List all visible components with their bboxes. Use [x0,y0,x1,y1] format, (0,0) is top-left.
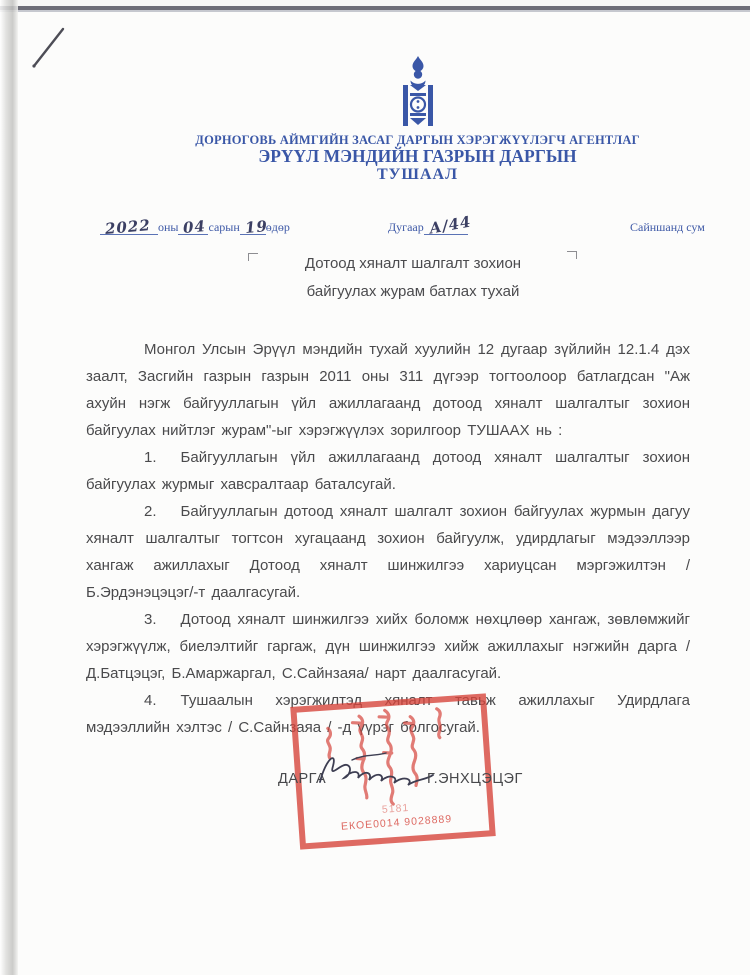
order-item-1: 1.Байгууллагын үйл ажиллагаанд дотоод хя… [86,444,690,498]
item-text: Байгууллагын дотоод хяналт шалгалт зохио… [86,503,690,601]
handwritten-month: 04 [183,217,207,237]
title-line-1: Дотоод хяналт шалгалт зохион [248,250,578,278]
document-body: Монгол Улсын Эрүүл мэндийн тухай хуулийн… [86,336,690,741]
date-fields: 2022оны04сарын19өдөр [100,220,290,235]
meta-line: 2022оны04сарын19өдөр ДугаарА/44 Сайншанд… [0,211,750,237]
document-header: ДОРНОГОВЬ АЙМГИЙН ЗАСАГ ДАРГЫН ХЭРЭГЖҮҮЛ… [80,56,750,184]
month-blank: 04 [178,221,208,235]
handwritten-day: 19 [244,217,268,237]
title-line-2: байгуулах журам батлах тухай [248,278,578,306]
signer-name: Г.ЭНХЦЭЦЭГ [427,771,523,787]
item-text: Дотоод хяналт шинжилгээ хийх боломж нөхц… [86,611,690,682]
organization-name: ЭРҮҮЛ МЭНДИЙН ГАЗРЫН ДАРГЫН [80,147,750,166]
item-text: Байгууллагын үйл ажиллагаанд дотоод хяна… [86,449,690,493]
scan-edge-left [0,0,18,975]
number-blank: А/44 [424,221,468,235]
number-label: Дугаар [388,220,424,235]
number-field: ДугаарА/44 [388,220,468,235]
order-item-3: 3.Дотоод хяналт шинжилгээ хийх боломж нө… [86,606,690,687]
intro-paragraph: Монгол Улсын Эрүүл мэндийн тухай хуулийн… [86,336,690,444]
scan-edge-top-line-light [0,10,750,12]
item-number: 1. [144,449,157,466]
handwritten-number: А/44 [428,212,473,237]
month-label: сарын [208,220,239,235]
item-number: 4. [144,692,157,709]
item-number: 3. [144,611,157,628]
handwritten-signature [316,742,436,797]
scanned-order-document: ДОРНОГОВЬ АЙМГИЙН ЗАСАГ ДАРГЫН ХЭРЭГЖҮҮЛ… [0,0,750,975]
year-blank: 2022 [100,221,158,235]
order-item-2: 2.Байгууллагын дотоод хяналт шалгалт зох… [86,498,690,606]
day-blank: 19 [240,221,266,235]
document-title: Дотоод хяналт шалгалт зохион байгуулах ж… [248,250,578,306]
handwritten-year: 2022 [104,216,151,238]
soyombo-emblem-icon [397,56,439,132]
pen-slash-mark [30,24,70,70]
year-label: оны [158,220,178,235]
location-label: Сайншанд сум [630,220,705,235]
document-type: ТУШААЛ [80,166,750,184]
item-number: 2. [144,503,157,520]
day-label: өдөр [266,220,290,235]
